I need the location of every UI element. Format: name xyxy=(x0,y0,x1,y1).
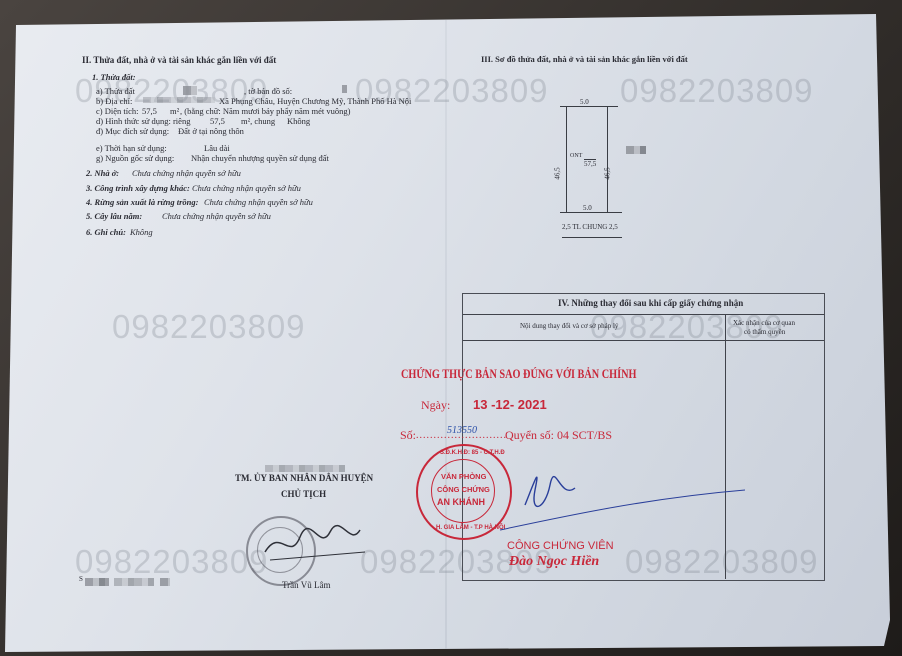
sketch-area: 57,5 xyxy=(584,161,596,168)
watermark: 0982203809 xyxy=(620,72,814,110)
hinh-thuc-rieng: 57,5 xyxy=(210,117,225,126)
ownership-item-value: Không xyxy=(130,228,153,237)
sketch-land-code: ONT xyxy=(570,153,582,159)
ownership-item-value: Chưa chứng nhận quyền sở hữu xyxy=(204,198,313,207)
ownership-item-label: 6. Ghi chú: xyxy=(86,228,126,237)
sketch-bottom-edge: 5.0 xyxy=(583,205,592,212)
hinh-thuc-label: d) Hình thức sử dụng: riêng xyxy=(96,117,190,126)
ownership-item-value: Chưa chứng nhận quyền sở hữu xyxy=(132,169,241,178)
certification-so-label: Số: xyxy=(400,429,416,441)
certification-book: Quyển số: 04 SCT/BS xyxy=(505,429,612,441)
dia-chi-value: Xã Phụng Châu, Huyện Chương Mỹ, Thành Ph… xyxy=(219,97,411,106)
table-col-content: Nội dung thay đổi và cơ sở pháp lý xyxy=(520,323,618,330)
section4-title: IV. Những thay đổi sau khi cấp giấy chứn… xyxy=(558,299,743,308)
redacted-field xyxy=(183,86,197,95)
redacted-field xyxy=(342,85,347,93)
ownership-item-label: 4. Rừng sản xuất là rừng trồng: xyxy=(86,198,198,207)
dien-tich-label: c) Diện tích: xyxy=(96,107,138,116)
hinh-thuc-unit: m², chung xyxy=(241,117,275,126)
ownership-item-value: Chưa chứng nhận quyền sở hữu xyxy=(192,184,301,193)
ownership-item-label: 2. Nhà ở: xyxy=(86,169,119,178)
notary-name: Đào Ngọc Hiền xyxy=(509,555,599,569)
section2-title: II. Thửa đất, nhà ở và tài sản khác gắn … xyxy=(82,56,276,65)
redacted-serial xyxy=(85,578,109,586)
certificate-paper: 0982203809 0982203809 0982203809 0982203… xyxy=(0,0,902,656)
stamp-line3: AN KHÁNH xyxy=(437,498,485,507)
certification-date: 13 -12- 2021 xyxy=(473,398,547,411)
ownership-item-label: 5. Cây lâu năm: xyxy=(86,212,142,221)
redacted-field xyxy=(626,146,646,154)
ownership-item-label: 3. Công trình xây dựng khác: xyxy=(86,184,190,193)
thua-dat-label: a) Thửa đất xyxy=(96,87,135,96)
sketch-top-edge: 5.0 xyxy=(580,99,589,106)
signature-notary xyxy=(480,460,750,535)
thoi-han-value: Lâu dài xyxy=(204,144,230,153)
to-ban-do-label: , tờ bản đồ số: xyxy=(244,87,292,96)
stamp-top-text: S.Đ.K.H.Đ: 85 - C.T.H.Đ xyxy=(440,450,505,456)
table-col-confirm: Xác nhận của cơ quan xyxy=(733,320,795,327)
land-heading: 1. Thửa đất: xyxy=(92,73,136,82)
dien-tich-value: 57,5 xyxy=(142,107,157,116)
certification-number: 513550 xyxy=(447,426,477,436)
ownership-item-value: Chưa chứng nhận quyền sở hữu xyxy=(162,212,271,221)
dien-tich-words: , (bằng chữ: Năm mươi bảy phẩy năm mét v… xyxy=(180,107,350,116)
redacted-serial xyxy=(114,578,154,586)
redacted-field xyxy=(143,97,215,103)
table-col-confirm-2: có thẩm quyền xyxy=(744,329,785,336)
certification-date-label: Ngày: xyxy=(421,399,450,411)
watermark: 0982203809 xyxy=(112,308,306,346)
signer-org: TM. ỦY BAN NHÂN DÂN HUYỆN xyxy=(235,474,373,483)
serial-prefix: S xyxy=(79,576,83,583)
sketch-left-edge: 46,5 xyxy=(555,167,562,179)
certification-heading: CHỨNG THỰC BẢN SAO ĐÚNG VỚI BẢN CHÍNH xyxy=(401,368,636,381)
section3-title: III. Sơ đồ thửa đất, nhà ở và tài sản kh… xyxy=(481,55,688,64)
muc-dich-label: đ) Mục đích sử dụng: xyxy=(96,127,169,136)
nguon-goc-value: Nhận chuyển nhượng quyền sử dụng đất xyxy=(191,154,329,163)
sketch-road-label: 2,5 TL CHUNG 2,5 xyxy=(562,224,618,231)
watermark: 0982203809 xyxy=(75,543,269,581)
redacted-field xyxy=(265,465,345,472)
dia-chi-label: b) Địa chỉ: xyxy=(96,97,132,106)
hinh-thuc-chung: Không xyxy=(287,117,310,126)
signature-left xyxy=(260,522,370,567)
redacted-serial xyxy=(160,578,170,586)
muc-dich-value: Đất ở tại nông thôn xyxy=(178,127,244,136)
dien-tich-unit: m² xyxy=(170,107,179,116)
sketch-right-edge: 46,5 xyxy=(605,167,612,179)
signer-title: CHỦ TỊCH xyxy=(281,490,326,499)
nguon-goc-label: g) Nguồn gốc sử dụng: xyxy=(96,154,174,163)
thoi-han-label: e) Thời hạn sử dụng: xyxy=(96,144,167,153)
signer-name: Trần Vũ Lâm xyxy=(282,581,331,590)
notary-title: CÔNG CHỨNG VIÊN xyxy=(507,541,614,552)
